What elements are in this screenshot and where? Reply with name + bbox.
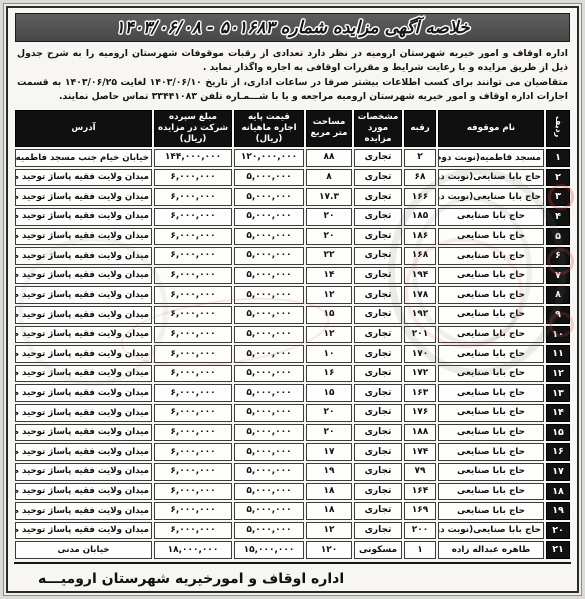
cell-raghabe: ۲۰۰ (404, 522, 436, 540)
cell-radif: ۱۴ (546, 404, 570, 422)
table-row: ۹حاج بابا صنایعی۱۹۲تجاری۱۵۵,۰۰۰,۰۰۰۶,۰۰۰… (15, 306, 570, 324)
cell-raghabe: ۱ (404, 541, 436, 559)
cell-area: ۱۹ (306, 463, 352, 481)
cell-area: ۱۲۰ (306, 541, 352, 559)
cell-name: حاج بابا صنایعی (438, 267, 544, 285)
cell-address: میدان ولایت فقیه پاساژ توحید طبقه دوم (15, 502, 152, 520)
header-name: نام موقوفه (438, 110, 544, 148)
cell-name: حاج بابا صنایعی (438, 424, 544, 442)
table-row: ۱۹حاج بابا صنایعی۱۶۹تجاری۱۸۵,۰۰۰,۰۰۰۶,۰۰… (15, 502, 570, 520)
cell-address: میدان ولایت فقیه پاساژ توحید طبقه دوم (15, 365, 152, 383)
cell-specs: تجاری (354, 169, 402, 187)
cell-area: ۱۵ (306, 384, 352, 402)
issuing-office-signature: اداره اوقاف و امورخیریه شهرستان ارومیـــ… (38, 571, 344, 587)
cell-rent: ۵,۰۰۰,۰۰۰ (234, 522, 304, 540)
table-row: ۲۰حاج بابا صنایعی(نوبت دوم)۲۰۰تجاری۱۲۵,۰… (15, 522, 570, 540)
cell-radif: ۲ (546, 169, 570, 187)
cell-rent: ۵,۰۰۰,۰۰۰ (234, 306, 304, 324)
cell-deposit: ۶,۰۰۰,۰۰۰ (154, 443, 232, 461)
cell-specs: تجاری (354, 502, 402, 520)
cell-rent: ۵,۰۰۰,۰۰۰ (234, 502, 304, 520)
cell-radif: ۶ (546, 247, 570, 265)
cell-name: حاج بابا صنایعی (438, 208, 544, 226)
cell-area: ۲۰ (306, 228, 352, 246)
cell-radif: ۵ (546, 228, 570, 246)
cell-specs: تجاری (354, 483, 402, 501)
cell-rent: ۱۲۰,۰۰۰,۰۰۰ (234, 149, 304, 167)
cell-deposit: ۶,۰۰۰,۰۰۰ (154, 365, 232, 383)
cell-address: خیابان خیام جنب مسجد فاطمیه (15, 149, 152, 167)
cell-deposit: ۶,۰۰۰,۰۰۰ (154, 267, 232, 285)
table-row: ۱۲حاج بابا صنایعی۱۷۲تجاری۱۶۵,۰۰۰,۰۰۰۶,۰۰… (15, 365, 570, 383)
cell-name: حاج بابا صنایعی(نوبت دوم) (438, 169, 544, 187)
cell-radif: ۳ (546, 188, 570, 206)
cell-radif: ۱۰ (546, 326, 570, 344)
table-row: ۱۴حاج بابا صنایعی۱۷۶تجاری۲۰۵,۰۰۰,۰۰۰۶,۰۰… (15, 404, 570, 422)
cell-specs: تجاری (354, 247, 402, 265)
cell-rent: ۵,۰۰۰,۰۰۰ (234, 365, 304, 383)
cell-address: میدان ولایت فقیه پاساژ توحید طبقه دوم (15, 522, 152, 540)
cell-area: ۱۴ (306, 267, 352, 285)
intro-line-2: متقاضیان می توانند برای کسب اطلاعات بیشت… (17, 76, 568, 105)
table-row: ۱مسجد فاطمیه(نوبت دوم)۲تجاری۸۸۱۲۰,۰۰۰,۰۰… (15, 149, 570, 167)
cell-radif: ۱۲ (546, 365, 570, 383)
cell-raghabe: ۱۷۸ (404, 286, 436, 304)
cell-deposit: ۶,۰۰۰,۰۰۰ (154, 404, 232, 422)
cell-deposit: ۱۸,۰۰۰,۰۰۰ (154, 541, 232, 559)
cell-rent: ۵,۰۰۰,۰۰۰ (234, 326, 304, 344)
cell-name: حاج بابا صنایعی (438, 247, 544, 265)
table-row: ۱۷حاج بابا صنایعی۷۹تجاری۱۹۵,۰۰۰,۰۰۰۶,۰۰۰… (15, 463, 570, 481)
cell-specs: تجاری (354, 306, 402, 324)
table-row: ۸حاج بابا صنایعی۱۷۸تجاری۱۲۵,۰۰۰,۰۰۰۶,۰۰۰… (15, 286, 570, 304)
cell-rent: ۵,۰۰۰,۰۰۰ (234, 208, 304, 226)
cell-address: میدان ولایت فقیه پاساژ توحید طبقه دوم (15, 267, 152, 285)
cell-area: ۱۷ (306, 443, 352, 461)
cell-deposit: ۶,۰۰۰,۰۰۰ (154, 502, 232, 520)
cell-raghabe: ۱۷۴ (404, 443, 436, 461)
cell-specs: تجاری (354, 365, 402, 383)
cell-deposit: ۶,۰۰۰,۰۰۰ (154, 169, 232, 187)
cell-raghabe: ۷۹ (404, 463, 436, 481)
table-row: ۳حاج بابا صنایعی(نوبت دوم)۱۶۶تجاری۱۷.۳۵,… (15, 188, 570, 206)
cell-area: ۲۰ (306, 424, 352, 442)
cell-address: میدان ولایت فقیه پاساژ توحید طبقه دوم (15, 424, 152, 442)
cell-address: میدان ولایت فقیه پاساژ توحید طبقه دوم (15, 208, 152, 226)
table-row: ۱۶حاج بابا صنایعی۱۷۴تجاری۱۷۵,۰۰۰,۰۰۰۶,۰۰… (15, 443, 570, 461)
cell-name: حاج بابا صنایعی(نوبت دوم) (438, 522, 544, 540)
cell-raghabe: ۱۹۲ (404, 306, 436, 324)
cell-address: میدان ولایت فقیه پاساژ توحید طبقه دوم (15, 247, 152, 265)
cell-radif: ۷ (546, 267, 570, 285)
cell-radif: ۱۵ (546, 424, 570, 442)
header-raghabe: رقبه (404, 110, 436, 148)
cell-name: طاهره عبداله زاده (438, 541, 544, 559)
scanned-auction-notice: { "title": "خلاصه آگهی مزایده شماره ۵۰۱۶… (0, 0, 585, 599)
cell-raghabe: ۱۷۰ (404, 345, 436, 363)
cell-rent: ۵,۰۰۰,۰۰۰ (234, 286, 304, 304)
table-row: ۲۱طاهره عبداله زاده۱مسکونی۱۲۰۱۵,۰۰۰,۰۰۰۱… (15, 541, 570, 559)
cell-address: میدان ولایت فقیه پاساژ توحید طبقه دوم (15, 169, 152, 187)
cell-deposit: ۶,۰۰۰,۰۰۰ (154, 424, 232, 442)
cell-name: حاج بابا صنایعی (438, 228, 544, 246)
notice-page: خلاصه آگهی مزایده شماره ۵۰۱۶۸۳ - ۱۴۰۳/۰۶… (6, 6, 579, 593)
cell-specs: تجاری (354, 522, 402, 540)
cell-rent: ۵,۰۰۰,۰۰۰ (234, 384, 304, 402)
cell-name: حاج بابا صنایعی (438, 306, 544, 324)
cell-name: حاج بابا صنایعی (438, 463, 544, 481)
footer-bar: اداره اوقاف و امورخیریه شهرستان ارومیـــ… (14, 562, 571, 591)
cell-raghabe: ۶۸ (404, 169, 436, 187)
auction-table-header: ردیف نام موقوفه رقبه مشخصات مورد مزایده … (15, 110, 570, 148)
title-banner: خلاصه آگهی مزایده شماره ۵۰۱۶۸۳ - ۱۴۰۳/۰۶… (15, 13, 570, 42)
header-deposit: مبلغ سپرده شرکت در مزایده (ریال) (154, 110, 232, 148)
cell-specs: تجاری (354, 149, 402, 167)
cell-raghabe: ۱۸۵ (404, 208, 436, 226)
cell-deposit: ۶,۰۰۰,۰۰۰ (154, 345, 232, 363)
cell-address: میدان ولایت فقیه پاساژ توحید طبقه دوم (15, 326, 152, 344)
cell-area: ۲۰ (306, 208, 352, 226)
cell-radif: ۱۷ (546, 463, 570, 481)
table-row: ۴حاج بابا صنایعی۱۸۵تجاری۲۰۵,۰۰۰,۰۰۰۶,۰۰۰… (15, 208, 570, 226)
header-row: ردیف نام موقوفه رقبه مشخصات مورد مزایده … (15, 110, 570, 148)
cell-specs: تجاری (354, 267, 402, 285)
cell-rent: ۵,۰۰۰,۰۰۰ (234, 188, 304, 206)
cell-deposit: ۶,۰۰۰,۰۰۰ (154, 522, 232, 540)
cell-address: میدان ولایت فقیه پاساژ توحید طبقه دوم (15, 306, 152, 324)
cell-name: حاج بابا صنایعی (438, 365, 544, 383)
cell-deposit: ۶,۰۰۰,۰۰۰ (154, 286, 232, 304)
header-rent: قیمت پایه اجاره ماهیانه (ریال) (234, 110, 304, 148)
cell-area: ۱۲ (306, 286, 352, 304)
cell-deposit: ۱۴۴,۰۰۰,۰۰۰ (154, 149, 232, 167)
cell-address: میدان ولایت فقیه پاساژ توحید طبقه دوم (15, 286, 152, 304)
cell-radif: ۸ (546, 286, 570, 304)
cell-radif: ۹ (546, 306, 570, 324)
cell-specs: تجاری (354, 443, 402, 461)
cell-address: میدان ولایت فقیه پاساژ توحید طبقه دوم (15, 483, 152, 501)
cell-raghabe: ۱۷۶ (404, 404, 436, 422)
cell-address: میدان ولایت فقیه پاساژ توحید طبقه دوم (15, 463, 152, 481)
cell-area: ۱۲ (306, 326, 352, 344)
cell-name: حاج بابا صنایعی(نوبت دوم) (438, 188, 544, 206)
table-row: ۷حاج بابا صنایعی۱۹۴تجاری۱۴۵,۰۰۰,۰۰۰۶,۰۰۰… (15, 267, 570, 285)
cell-raghabe: ۱۷۲ (404, 365, 436, 383)
cell-raghabe: ۱۶۳ (404, 384, 436, 402)
table-row: ۱۰حاج بابا صنایعی۲۰۱تجاری۱۲۵,۰۰۰,۰۰۰۶,۰۰… (15, 326, 570, 344)
cell-specs: تجاری (354, 228, 402, 246)
header-specs: مشخصات مورد مزایده (354, 110, 402, 148)
cell-specs: تجاری (354, 384, 402, 402)
table-row: ۱۳حاج بابا صنایعی۱۶۳تجاری۱۵۵,۰۰۰,۰۰۰۶,۰۰… (15, 384, 570, 402)
cell-deposit: ۶,۰۰۰,۰۰۰ (154, 247, 232, 265)
table-row: ۶حاج بابا صنایعی۱۶۸تجاری۲۲۵,۰۰۰,۰۰۰۶,۰۰۰… (15, 247, 570, 265)
cell-area: ۲۰ (306, 404, 352, 422)
cell-raghabe: ۱۶۹ (404, 502, 436, 520)
cell-radif: ۱۱ (546, 345, 570, 363)
cell-area: ۱۵ (306, 306, 352, 324)
cell-area: ۸۸ (306, 149, 352, 167)
cell-address: میدان ولایت فقیه پاساژ توحید طبقه دوم (15, 188, 152, 206)
cell-deposit: ۶,۰۰۰,۰۰۰ (154, 384, 232, 402)
table-row: ۱۵حاج بابا صنایعی۱۸۸تجاری۲۰۵,۰۰۰,۰۰۰۶,۰۰… (15, 424, 570, 442)
page-title: خلاصه آگهی مزایده شماره ۵۰۱۶۸۳ - ۱۴۰۳/۰۶… (116, 18, 470, 38)
cell-deposit: ۶,۰۰۰,۰۰۰ (154, 208, 232, 226)
cell-deposit: ۶,۰۰۰,۰۰۰ (154, 463, 232, 481)
cell-name: حاج بابا صنایعی (438, 404, 544, 422)
cell-name: مسجد فاطمیه(نوبت دوم) (438, 149, 544, 167)
cell-rent: ۵,۰۰۰,۰۰۰ (234, 247, 304, 265)
cell-address: میدان ولایت فقیه پاساژ توحید طبقه دوم (15, 443, 152, 461)
cell-deposit: ۶,۰۰۰,۰۰۰ (154, 188, 232, 206)
cell-raghabe: ۲ (404, 149, 436, 167)
cell-raghabe: ۲۰۱ (404, 326, 436, 344)
cell-specs: تجاری (354, 404, 402, 422)
cell-deposit: ۶,۰۰۰,۰۰۰ (154, 306, 232, 324)
cell-area: ۱۶ (306, 365, 352, 383)
cell-name: حاج بابا صنایعی (438, 483, 544, 501)
header-radif: ردیف (546, 110, 570, 148)
table-row: ۵حاج بابا صنایعی۱۸۶تجاری۲۰۵,۰۰۰,۰۰۰۶,۰۰۰… (15, 228, 570, 246)
cell-rent: ۵,۰۰۰,۰۰۰ (234, 463, 304, 481)
cell-specs: تجاری (354, 463, 402, 481)
cell-deposit: ۶,۰۰۰,۰۰۰ (154, 228, 232, 246)
cell-specs: تجاری (354, 345, 402, 363)
cell-name: حاج بابا صنایعی (438, 286, 544, 304)
cell-name: حاج بابا صنایعی (438, 384, 544, 402)
cell-address: خیابان مدنی (15, 541, 152, 559)
intro-paragraph: اداره اوقاف و امور خیریه شهرستان ارومیه … (13, 45, 572, 108)
cell-radif: ۲۰ (546, 522, 570, 540)
cell-rent: ۵,۰۰۰,۰۰۰ (234, 169, 304, 187)
cell-raghabe: ۱۸۶ (404, 228, 436, 246)
cell-specs: تجاری (354, 188, 402, 206)
cell-rent: ۵,۰۰۰,۰۰۰ (234, 483, 304, 501)
header-area: مساحت متر مربع (306, 110, 352, 148)
cell-area: ۱۲ (306, 522, 352, 540)
cell-area: ۸ (306, 169, 352, 187)
cell-deposit: ۶,۰۰۰,۰۰۰ (154, 326, 232, 344)
cell-area: ۱۸ (306, 483, 352, 501)
cell-specs: تجاری (354, 286, 402, 304)
cell-specs: مسکونی (354, 541, 402, 559)
cell-radif: ۲۱ (546, 541, 570, 559)
cell-area: ۱۷.۳ (306, 188, 352, 206)
cell-address: میدان ولایت فقیه پاساژ توحید طبقه دوم (15, 345, 152, 363)
table-row: ۲حاج بابا صنایعی(نوبت دوم)۶۸تجاری۸۵,۰۰۰,… (15, 169, 570, 187)
cell-name: حاج بابا صنایعی (438, 326, 544, 344)
cell-deposit: ۶,۰۰۰,۰۰۰ (154, 483, 232, 501)
cell-radif: ۱۳ (546, 384, 570, 402)
header-radif-label: ردیف (553, 116, 563, 137)
cell-specs: تجاری (354, 208, 402, 226)
cell-rent: ۵,۰۰۰,۰۰۰ (234, 443, 304, 461)
cell-rent: ۵,۰۰۰,۰۰۰ (234, 267, 304, 285)
cell-address: میدان ولایت فقیه پاساژ توحید طبقه دوم (15, 384, 152, 402)
cell-rent: ۵,۰۰۰,۰۰۰ (234, 424, 304, 442)
cell-raghabe: ۱۶۸ (404, 247, 436, 265)
cell-rent: ۵,۰۰۰,۰۰۰ (234, 228, 304, 246)
cell-radif: ۱۸ (546, 483, 570, 501)
cell-raghabe: ۱۶۴ (404, 483, 436, 501)
table-row: ۱۸حاج بابا صنایعی۱۶۴تجاری۱۸۵,۰۰۰,۰۰۰۶,۰۰… (15, 483, 570, 501)
cell-area: ۱۰ (306, 345, 352, 363)
cell-rent: ۵,۰۰۰,۰۰۰ (234, 404, 304, 422)
intro-line-1: اداره اوقاف و امور خیریه شهرستان ارومیه … (17, 47, 568, 76)
cell-specs: تجاری (354, 326, 402, 344)
cell-address: میدان ولایت فقیه پاساژ توحید طبقه دوم (15, 404, 152, 422)
cell-radif: ۴ (546, 208, 570, 226)
cell-name: حاج بابا صنایعی (438, 502, 544, 520)
header-address: آدرس (15, 110, 152, 148)
cell-radif: ۱۶ (546, 443, 570, 461)
cell-rent: ۵,۰۰۰,۰۰۰ (234, 345, 304, 363)
cell-specs: تجاری (354, 424, 402, 442)
cell-name: حاج بابا صنایعی (438, 443, 544, 461)
cell-raghabe: ۱۶۶ (404, 188, 436, 206)
cell-area: ۱۸ (306, 502, 352, 520)
cell-rent: ۱۵,۰۰۰,۰۰۰ (234, 541, 304, 559)
cell-radif: ۱ (546, 149, 570, 167)
auction-table: ردیف نام موقوفه رقبه مشخصات مورد مزایده … (13, 108, 572, 561)
cell-address: میدان ولایت فقیه پاساژ توحید طبقه دوم (15, 228, 152, 246)
table-row: ۱۱حاج بابا صنایعی۱۷۰تجاری۱۰۵,۰۰۰,۰۰۰۶,۰۰… (15, 345, 570, 363)
cell-name: حاج بابا صنایعی (438, 345, 544, 363)
cell-radif: ۱۹ (546, 502, 570, 520)
cell-raghabe: ۱۸۸ (404, 424, 436, 442)
cell-area: ۲۲ (306, 247, 352, 265)
auction-table-body: ۱مسجد فاطمیه(نوبت دوم)۲تجاری۸۸۱۲۰,۰۰۰,۰۰… (15, 149, 570, 559)
cell-raghabe: ۱۹۴ (404, 267, 436, 285)
